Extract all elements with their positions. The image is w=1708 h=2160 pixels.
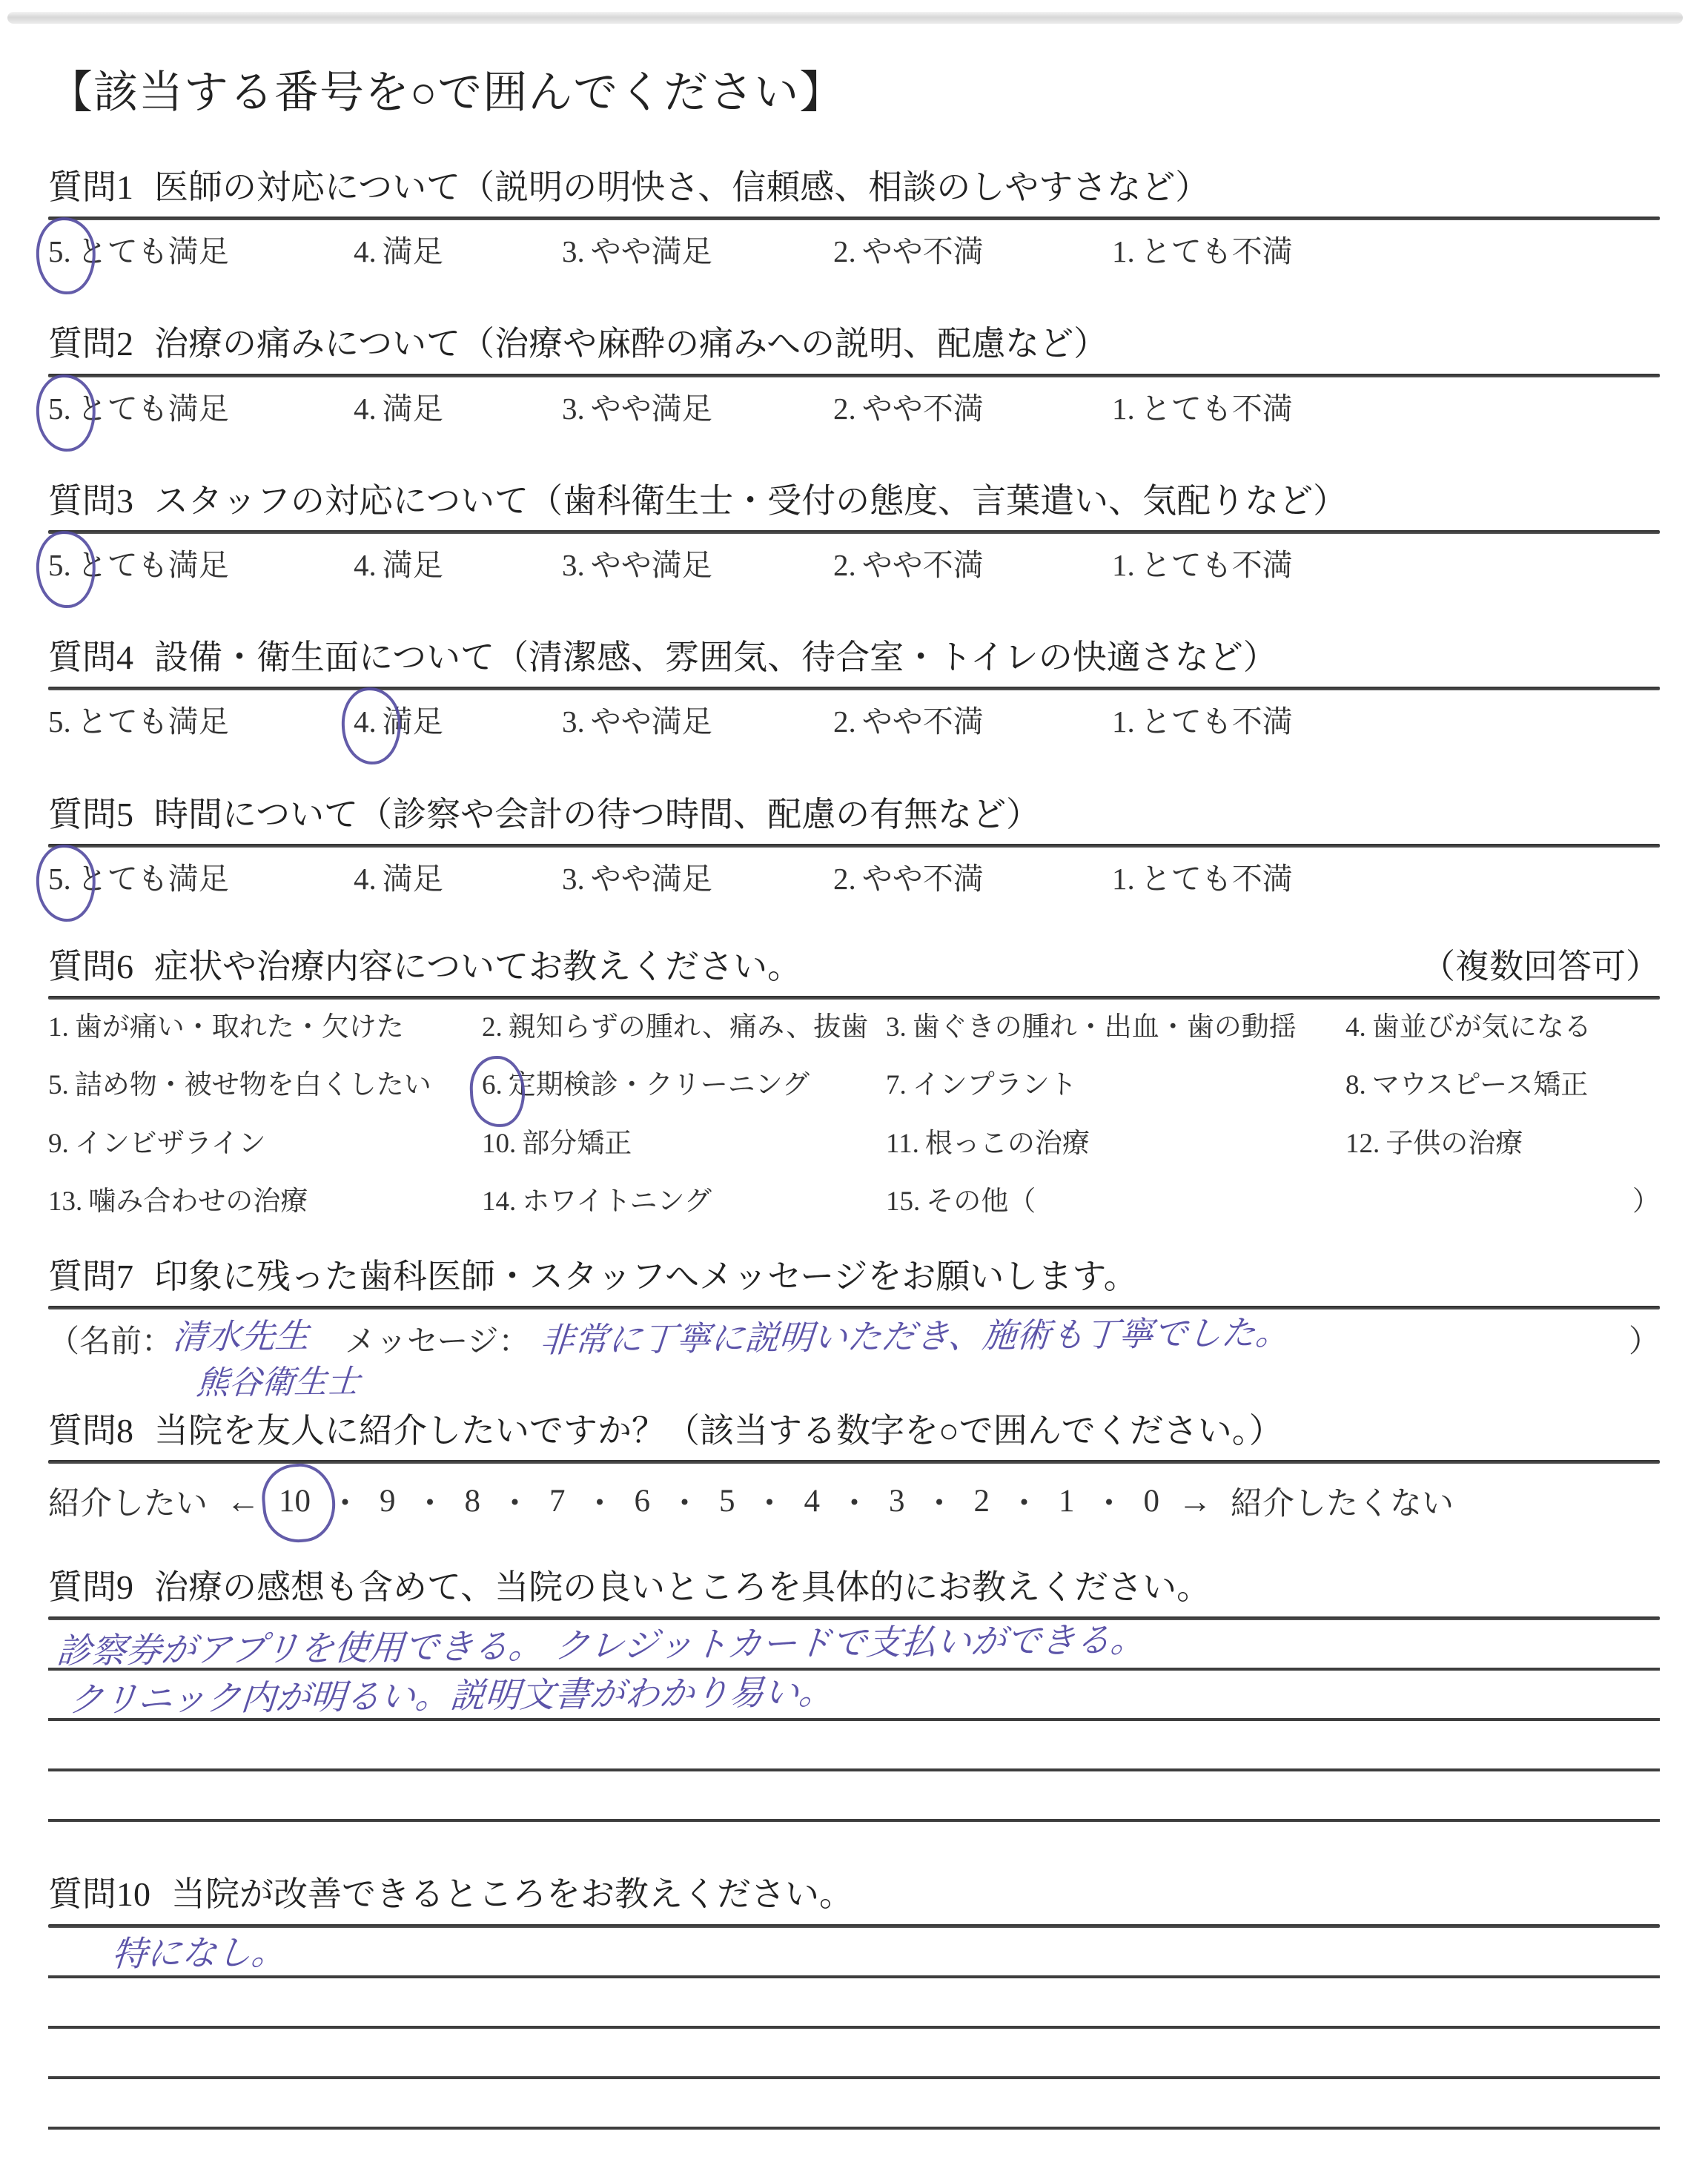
question-8-header: 質問8当院を友人に紹介したいですか？（該当する数字を○で囲んでください。） <box>48 1410 1660 1451</box>
question-9-block: 質問9治療の感想も含めて、当院の良いところを具体的にお教えください。 診察券がア… <box>48 1567 1660 1822</box>
scale-number-10[interactable]: 10 <box>279 1483 311 1519</box>
option-3[interactable]: 3.やや満足 <box>562 547 833 584</box>
dot-separator: ・ <box>669 1479 701 1524</box>
symptom-item-4[interactable]: 4.歯並びが気になる <box>1345 1011 1660 1044</box>
dot-separator: ・ <box>924 1479 956 1524</box>
question-title: 設備・衛生面について（清潔感、雰囲気、待合室・トイレの快適さなど） <box>154 638 1277 676</box>
question-title: 医師の対応について（説明の明快さ、信頼感、相談のしやすさなど） <box>154 168 1209 206</box>
question-title: 当院を友人に紹介したいですか？（該当する数字を○で囲んでください。） <box>154 1412 1283 1450</box>
rating-options: 5.とても満足 4.満足 3.やや満足 2.やや不満 1.とても不満 <box>48 547 1660 584</box>
option-4[interactable]: 4.満足 <box>354 704 562 740</box>
divider-line <box>48 530 1660 534</box>
question-5-header: 質問5時間について（診察や会計の待つ時間、配慮の有無など） <box>48 794 1660 835</box>
arrow-left-icon: ← <box>226 1482 260 1521</box>
handwritten-answer-line1: 診察券がアプリを使用できる。 クレジットカードで支払いができる。 <box>55 1622 1147 1671</box>
dot-separator: ・ <box>584 1479 616 1524</box>
dot-separator: ・ <box>1008 1479 1040 1524</box>
symptom-item-9[interactable]: 9.インビザライン <box>48 1128 482 1160</box>
option-2[interactable]: 2.やや不満 <box>833 704 1112 740</box>
multi-answer-note: （複数回答可） <box>1421 946 1660 987</box>
question-label: 質問4 <box>48 638 133 676</box>
scale-number-1[interactable]: 1 <box>1059 1483 1075 1519</box>
closing-paren: ） <box>1629 1317 1660 1361</box>
scale-number-5[interactable]: 5 <box>719 1483 735 1519</box>
scale-number-0[interactable]: 0 <box>1144 1483 1160 1519</box>
question-6-header: 質問6症状や治療内容についてお教えください。 <box>48 946 801 987</box>
name-field-prefix: （名前： <box>48 1317 173 1361</box>
answer-line[interactable]: 診察券がアプリを使用できる。 クレジットカードで支払いができる。 <box>48 1620 1660 1671</box>
scale-number-3[interactable]: 3 <box>889 1483 905 1519</box>
symptom-item-13[interactable]: 13.噛み合わせの治療 <box>48 1186 482 1218</box>
scale-number-6[interactable]: 6 <box>635 1483 651 1519</box>
answer-line[interactable] <box>48 1721 1660 1771</box>
option-1[interactable]: 1.とても不満 <box>1112 391 1293 427</box>
question-label: 質問2 <box>48 325 133 363</box>
scale-number-7[interactable]: 7 <box>549 1483 566 1519</box>
question-4-header: 質問4設備・衛生面について（清潔感、雰囲気、待合室・トイレの快適さなど） <box>48 637 1660 678</box>
question-6-block: 質問6症状や治療内容についてお教えください。 （複数回答可） 1.歯が痛い・取れ… <box>48 946 1660 1219</box>
scale-number-2[interactable]: 2 <box>974 1483 990 1519</box>
symptom-item-3[interactable]: 3.歯ぐきの腫れ・出血・歯の動揺 <box>886 1011 1345 1044</box>
symptom-item-10[interactable]: 10.部分矯正 <box>482 1128 886 1160</box>
answer-line[interactable] <box>48 2029 1660 2079</box>
rating-options: 5.とても満足 4.満足 3.やや満足 2.やや不満 1.とても不満 <box>48 861 1660 897</box>
question-label: 質問1 <box>48 168 133 206</box>
option-2[interactable]: 2.やや不満 <box>833 547 1112 584</box>
handwritten-answer-line2: クリニック内が明るい。説明文書がわかり易い。 <box>67 1674 835 1719</box>
scan-artifact <box>7 12 1683 24</box>
scale-number-9[interactable]: 9 <box>380 1483 396 1519</box>
option-1[interactable]: 1.とても不満 <box>1112 861 1293 897</box>
question-label: 質問6 <box>48 948 133 985</box>
other-close-paren: ） <box>1632 1186 1660 1218</box>
question-title: スタッフの対応について（歯科衛生士・受付の態度、言葉遣い、気配りなど） <box>154 482 1347 520</box>
scale-number-8[interactable]: 8 <box>465 1483 481 1519</box>
symptom-item-11[interactable]: 11.根っこの治療 <box>886 1128 1345 1160</box>
option-3[interactable]: 3.やや満足 <box>562 391 833 427</box>
question-title: 治療の痛みについて（治療や麻酔の痛みへの説明、配慮など） <box>154 325 1108 363</box>
answer-line[interactable]: クリニック内が明るい。説明文書がわかり易い。 <box>48 1671 1660 1721</box>
handwritten-name-2: 熊谷衛生士 <box>195 1365 361 1401</box>
question-3-header: 質問3スタッフの対応について（歯科衛生士・受付の態度、言葉遣い、気配りなど） <box>48 480 1660 521</box>
question-label: 質問8 <box>48 1412 133 1450</box>
symptom-item-8[interactable]: 8.マウスピース矯正 <box>1345 1069 1660 1102</box>
symptom-options: 1.歯が痛い・取れた・欠けた 2.親知らずの腫れ、痛み、抜歯 3.歯ぐきの腫れ・… <box>48 1011 1660 1219</box>
rating-options: 5.とても満足 4.満足 3.やや満足 2.やや不満 1.とても不満 <box>48 704 1660 740</box>
symptom-item-5[interactable]: 5.詰め物・被せ物を白くしたい <box>48 1069 482 1102</box>
answer-line[interactable]: 特になし。 <box>48 1928 1660 1978</box>
option-2[interactable]: 2.やや不満 <box>833 861 1112 897</box>
option-1[interactable]: 1.とても不満 <box>1112 234 1293 270</box>
option-4[interactable]: 4.満足 <box>354 861 562 897</box>
question-9-header: 質問9治療の感想も含めて、当院の良いところを具体的にお教えください。 <box>48 1567 1660 1608</box>
symptom-item-1[interactable]: 1.歯が痛い・取れた・欠けた <box>48 1011 482 1044</box>
question-label: 質問5 <box>48 796 133 833</box>
question-8-block: 質問8当院を友人に紹介したいですか？（該当する数字を○で囲んでください。） 紹介… <box>48 1410 1660 1524</box>
handwritten-name: 清水先生 <box>171 1318 311 1355</box>
label-want-to-refer: 紹介したい <box>48 1479 208 1524</box>
question-1-header: 質問1医師の対応について（説明の明快さ、信頼感、相談のしやすさなど） <box>48 167 1660 208</box>
divider-line <box>48 217 1660 220</box>
dot-separator: ・ <box>329 1479 361 1524</box>
option-1[interactable]: 1.とても不満 <box>1112 547 1293 584</box>
symptom-item-7[interactable]: 7.インプラント <box>886 1069 1345 1102</box>
divider-line <box>48 687 1660 690</box>
divider-line <box>48 996 1660 1000</box>
question-title: 治療の感想も含めて、当院の良いところを具体的にお教えください。 <box>154 1568 1211 1606</box>
answer-line[interactable] <box>48 1978 1660 2029</box>
symptom-item-12[interactable]: 12.子供の治療 <box>1345 1128 1660 1160</box>
question-7-header: 質問7印象に残った歯科医師・スタッフへメッセージをお願いします。 <box>48 1256 1660 1297</box>
option-3[interactable]: 3.やや満足 <box>562 861 833 897</box>
option-1[interactable]: 1.とても不満 <box>1112 704 1293 740</box>
option-5[interactable]: 5.とても満足 <box>48 704 354 740</box>
option-5[interactable]: 5.とても満足 <box>48 391 354 427</box>
question-4-block: 質問4設備・衛生面について（清潔感、雰囲気、待合室・トイレの快適さなど） 5.と… <box>48 637 1660 740</box>
answer-line[interactable] <box>48 2079 1660 2130</box>
handwritten-answer: 特になし。 <box>110 1934 288 1972</box>
divider-line <box>48 374 1660 377</box>
question-5-block: 質問5時間について（診察や会計の待つ時間、配慮の有無など） 5.とても満足 4.… <box>48 794 1660 897</box>
scale-number-4[interactable]: 4 <box>804 1483 821 1519</box>
dot-separator: ・ <box>414 1479 446 1524</box>
message-label: メッセージ： <box>345 1317 529 1361</box>
option-2[interactable]: 2.やや不満 <box>833 234 1112 270</box>
question-10-header: 質問10当院が改善できるところをお教えください。 <box>48 1874 1660 1915</box>
question-label: 質問9 <box>48 1568 133 1606</box>
question-label: 質問10 <box>48 1875 150 1913</box>
rating-options: 5.とても満足 4.満足 3.やや満足 2.やや不満 1.とても不満 <box>48 391 1660 427</box>
referral-scale: 紹介したい ← 10 ・ 9 ・ 8 ・ 7 ・ 6 ・ 5 ・ 4 ・ 3 ・… <box>48 1479 1660 1524</box>
dot-separator: ・ <box>754 1479 786 1524</box>
survey-page: 【該当する番号を○で囲んでください】 質問1医師の対応について（説明の明快さ、信… <box>0 0 1708 2160</box>
question-3-block: 質問3スタッフの対応について（歯科衛生士・受付の態度、言葉遣い、気配りなど） 5… <box>48 480 1660 584</box>
symptom-item-15-other[interactable]: 15.その他（ <box>886 1186 1345 1218</box>
question-1-block: 質問1医師の対応について（説明の明快さ、信頼感、相談のしやすさなど） 5.とても… <box>48 167 1660 270</box>
question-title: 時間について（診察や会計の待つ時間、配慮の有無など） <box>154 796 1040 833</box>
symptom-item-6[interactable]: 6.定期検診・クリーニング <box>482 1069 886 1102</box>
divider-line <box>48 1306 1660 1309</box>
question-title: 症状や治療内容についてお教えください。 <box>154 948 801 985</box>
question-2-header: 質問2治療の痛みについて（治療や麻酔の痛みへの説明、配慮など） <box>48 323 1660 364</box>
handwritten-message: 非常に丁寧に説明いただき、施術も丁寧でした。 <box>538 1315 1291 1358</box>
question-2-block: 質問2治療の痛みについて（治療や麻酔の痛みへの説明、配慮など） 5.とても満足 … <box>48 323 1660 426</box>
question-title: 当院が改善できるところをお教えください。 <box>171 1875 853 1913</box>
option-4[interactable]: 4.満足 <box>354 391 562 427</box>
question-title: 印象に残った歯科医師・スタッフへメッセージをお願いします。 <box>154 1258 1138 1295</box>
dot-separator: ・ <box>838 1479 870 1524</box>
option-4[interactable]: 4.満足 <box>354 234 562 270</box>
question-10-block: 質問10当院が改善できるところをお教えください。 特になし。 <box>48 1874 1660 2129</box>
question-label: 質問3 <box>48 482 133 520</box>
option-5[interactable]: 5.とても満足 <box>48 861 354 897</box>
question-7-block: 質問7印象に残った歯科医師・スタッフへメッセージをお願いします。 （名前： 清水… <box>48 1256 1660 1400</box>
answer-line[interactable] <box>48 1771 1660 1822</box>
rating-options: 5.とても満足 4.満足 3.やや満足 2.やや不満 1.とても不満 <box>48 234 1660 270</box>
symptom-item-2[interactable]: 2.親知らずの腫れ、痛み、抜歯 <box>482 1011 886 1044</box>
dot-separator: ・ <box>1093 1479 1125 1524</box>
option-2[interactable]: 2.やや不満 <box>833 391 1112 427</box>
option-5[interactable]: 5.とても満足 <box>48 234 354 270</box>
form-title: 【該当する番号を○で囲んでください】 <box>48 65 1660 121</box>
option-3[interactable]: 3.やや満足 <box>562 704 833 740</box>
divider-line <box>48 844 1660 848</box>
option-4[interactable]: 4.満足 <box>354 547 562 584</box>
label-not-refer: 紹介したくない <box>1231 1479 1454 1524</box>
dot-separator: ・ <box>499 1479 531 1524</box>
option-5[interactable]: 5.とても満足 <box>48 547 354 584</box>
symptom-item-14[interactable]: 14.ホワイトニング <box>482 1186 886 1218</box>
question-label: 質問7 <box>48 1258 133 1295</box>
option-3[interactable]: 3.やや満足 <box>562 234 833 270</box>
arrow-right-icon: → <box>1178 1482 1212 1521</box>
divider-line <box>48 1460 1660 1464</box>
